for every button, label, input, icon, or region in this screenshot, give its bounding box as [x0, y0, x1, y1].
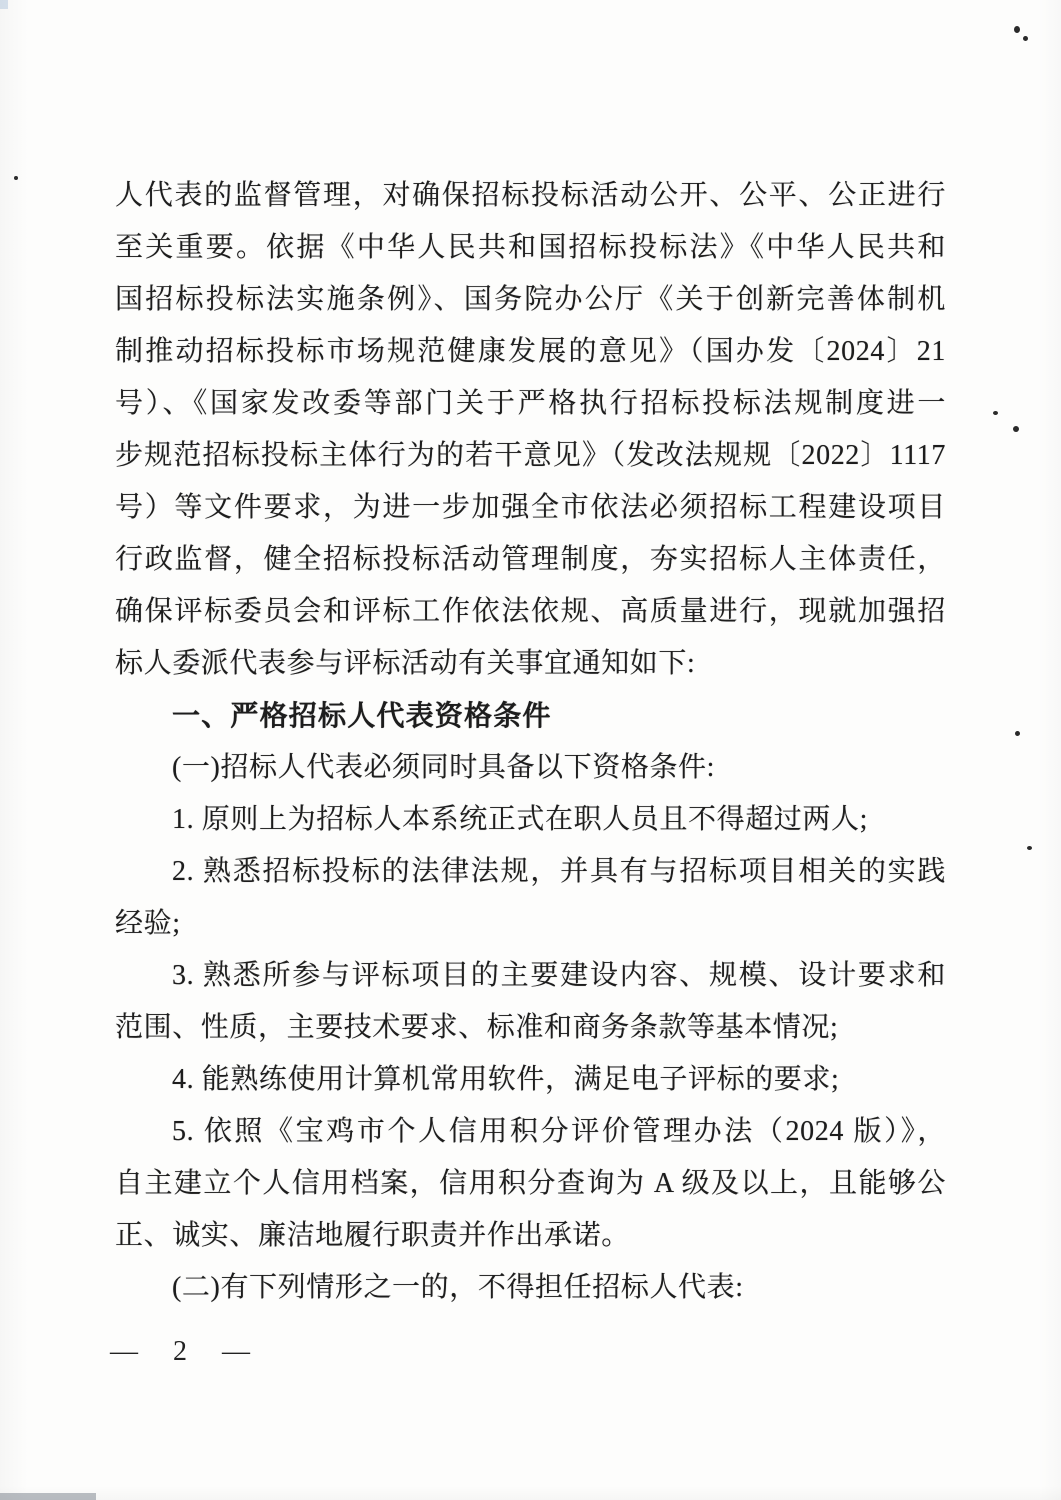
scan-speck: [1013, 426, 1019, 432]
text-line: 3. 熟悉所参与评标项目的主要建设内容、规模、设计要求和: [115, 950, 946, 1002]
scan-speck: [993, 411, 998, 415]
text-line: 号）等文件要求，为进一步加强全市依法必须招标工程建设项目: [115, 482, 946, 534]
scan-speck: [1015, 731, 1020, 736]
scanned-document-page: 人代表的监督管理，对确保招标投标活动公开、公平、公正进行至关重要。依据《中华人民…: [0, 0, 1061, 1500]
text-line: 经验;: [115, 898, 946, 950]
scan-corner-artifact: [0, 0, 8, 9]
text-line: 国招标投标法实施条例》、国务院办公厅《关于创新完善体制机: [115, 274, 946, 326]
page-number: — 2 —: [110, 1336, 257, 1368]
scan-speck: [1027, 846, 1032, 850]
text-line: 确保评标委员会和评标工作依法依规、高质量进行，现就加强招: [115, 586, 946, 638]
text-line: 步规范招标投标主体行为的若干意见》（发改法规规〔2022〕1117: [115, 430, 946, 482]
section-heading: 一、严格招标人代表资格条件: [115, 690, 946, 742]
text-line: 1. 原则上为招标人本系统正式在职人员且不得超过两人;: [115, 794, 946, 846]
text-line: 号）、《国家发改委等部门关于严格执行招标投标法规制度进一: [115, 378, 946, 430]
scan-speck: [1023, 36, 1028, 41]
text-line: 2. 熟悉招标投标的法律法规，并具有与招标项目相关的实践: [115, 846, 946, 898]
document-body: 人代表的监督管理，对确保招标投标活动公开、公平、公正进行至关重要。依据《中华人民…: [115, 170, 946, 1314]
text-line: 至关重要。依据《中华人民共和国招标投标法》《中华人民共和: [115, 222, 946, 274]
text-line: 制推动招标投标市场规范健康发展的意见》（国办发〔2024〕21: [115, 326, 946, 378]
text-line: 行政监督，健全招标投标活动管理制度，夯实招标人主体责任，: [115, 534, 946, 586]
scan-edge-artifact: [0, 1493, 96, 1500]
text-line: (一)招标人代表必须同时具备以下资格条件:: [115, 742, 946, 794]
scan-speck: [14, 176, 18, 180]
text-line: 5. 依照《宝鸡市个人信用积分评价管理办法（2024 版）》，: [115, 1106, 946, 1158]
text-line: (二)有下列情形之一的，不得担任招标人代表:: [115, 1262, 946, 1314]
scan-speck: [1014, 26, 1020, 33]
text-line: 范围、性质，主要技术要求、标准和商务条款等基本情况;: [115, 1002, 946, 1054]
text-line: 4. 能熟练使用计算机常用软件，满足电子评标的要求;: [115, 1054, 946, 1106]
text-line: 正、诚实、廉洁地履行职责并作出承诺。: [115, 1210, 946, 1262]
text-line: 自主建立个人信用档案，信用积分查询为 A 级及以上，且能够公: [115, 1158, 946, 1210]
text-line: 人代表的监督管理，对确保招标投标活动公开、公平、公正进行: [115, 170, 946, 222]
text-line: 标人委派代表参与评标活动有关事宜通知如下:: [115, 638, 946, 690]
